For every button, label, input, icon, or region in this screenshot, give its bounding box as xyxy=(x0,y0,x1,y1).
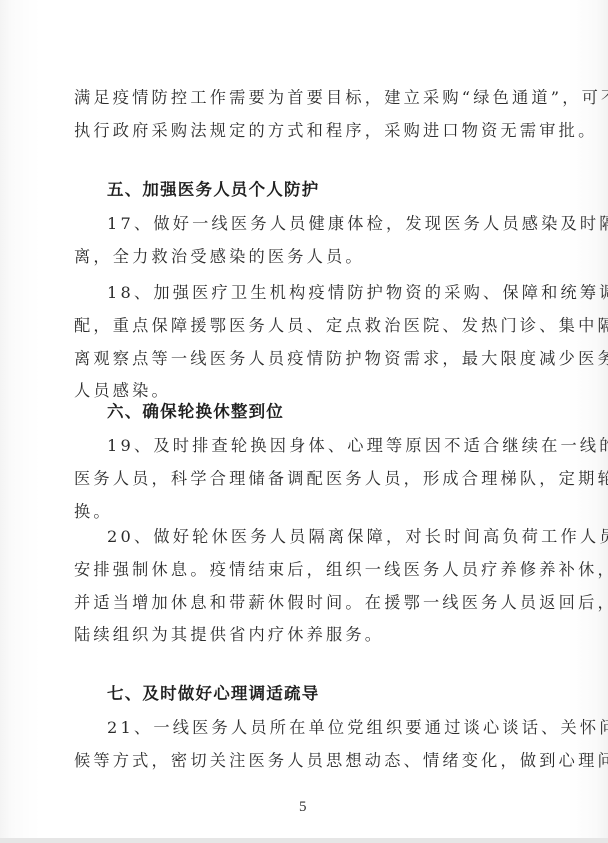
paragraph-18-line: 18、加强医疗卫生机构疫情防护物资的采购、保障和统筹调 xyxy=(107,283,547,303)
paragraph-20-line: 20、做好轮休医务人员隔离保障，对长时间高负荷工作人员 xyxy=(107,527,547,547)
section-heading-6: 六、确保轮换休整到位 xyxy=(107,402,284,422)
paragraph-line: 执行政府采购法规定的方式和程序，采购进口物资无需审批。 xyxy=(74,121,544,141)
paragraph-20-line: 并适当增加休息和带薪休假时间。在援鄂一线医务人员返回后， xyxy=(74,593,544,613)
paragraph-21-line: 候等方式，密切关注医务人员思想动态、情绪变化，做到心理问 xyxy=(74,751,544,771)
section-heading-7: 七、及时做好心理调适疏导 xyxy=(107,684,319,704)
paragraph-19-line: 19、及时排查轮换因身体、心理等原因不适合继续在一线的 xyxy=(107,436,547,456)
page-number: 5 xyxy=(299,799,307,816)
paragraph-18-line: 人员感染。 xyxy=(74,381,544,401)
document-page: 满足疫情防控工作需要为首要目标，建立采购“绿色通道”，可不 执行政府采购法规定的… xyxy=(0,0,608,838)
paragraph-20-line: 安排强制休息。疫情结束后，组织一线医务人员疗养修养补休， xyxy=(74,560,544,580)
paragraph-19-line: 换。 xyxy=(74,502,544,522)
section-heading-5: 五、加强医务人员个人防护 xyxy=(107,180,319,200)
paragraph-17-line: 17、做好一线医务人员健康体检，发现医务人员感染及时隔 xyxy=(107,214,547,234)
paragraph-21-line: 21、一线医务人员所在单位党组织要通过谈心谈话、关怀问 xyxy=(107,718,547,738)
page-bottom-edge xyxy=(0,838,608,843)
paragraph-19-line: 医务人员，科学合理储备调配医务人员，形成合理梯队，定期轮 xyxy=(74,469,544,489)
paragraph-20-line: 陆续组织为其提供省内疗休养服务。 xyxy=(74,625,544,645)
paragraph-18-line: 配，重点保障援鄂医务人员、定点救治医院、发热门诊、集中隔 xyxy=(74,316,544,336)
paragraph-17-line: 离，全力救治受感染的医务人员。 xyxy=(74,247,544,267)
paragraph-18-line: 离观察点等一线医务人员疫情防护物资需求，最大限度减少医务 xyxy=(74,349,544,369)
paragraph-line: 满足疫情防控工作需要为首要目标，建立采购“绿色通道”，可不 xyxy=(74,88,544,108)
